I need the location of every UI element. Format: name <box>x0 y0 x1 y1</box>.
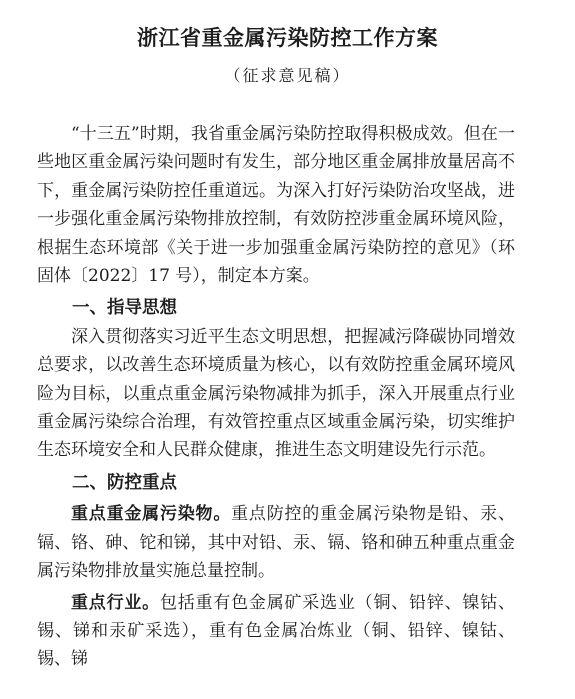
section-heading: 二、防控重点 <box>37 469 515 497</box>
body-paragraph: 重点行业。包括重有色金属矿采选业（铜、铅锌、镍钴、锡、锑和汞矿采选），重有色金属… <box>37 589 515 674</box>
body-paragraph: 重点重金属污染物。重点防控的重金属污染物是铅、汞、镉、铬、砷、铊和锑，其中对铅、… <box>37 500 515 585</box>
body-paragraph: 深入贯彻落实习近平生态文明思想，把握减污降碳协同增效总要求，以改善生态环境质量为… <box>37 323 515 465</box>
document-title: 浙江省重金属污染防控工作方案 <box>0 24 575 52</box>
paragraph-lead: 重点行业。 <box>71 593 160 613</box>
section-heading: 一、指导思想 <box>37 294 515 322</box>
document-subtitle: （征求意见稿） <box>0 65 575 87</box>
paragraph-lead: 重点重金属污染物。 <box>71 504 231 524</box>
document-page: 浙江省重金属污染防控工作方案 （征求意见稿） “十三五”时期，我省重金属污染防控… <box>0 0 575 699</box>
document-body: “十三五”时期，我省重金属污染防控取得积极成效。但在一些地区重金属污染问题时有发… <box>0 120 575 674</box>
body-paragraph: “十三五”时期，我省重金属污染防控取得积极成效。但在一些地区重金属污染问题时有发… <box>37 120 515 290</box>
